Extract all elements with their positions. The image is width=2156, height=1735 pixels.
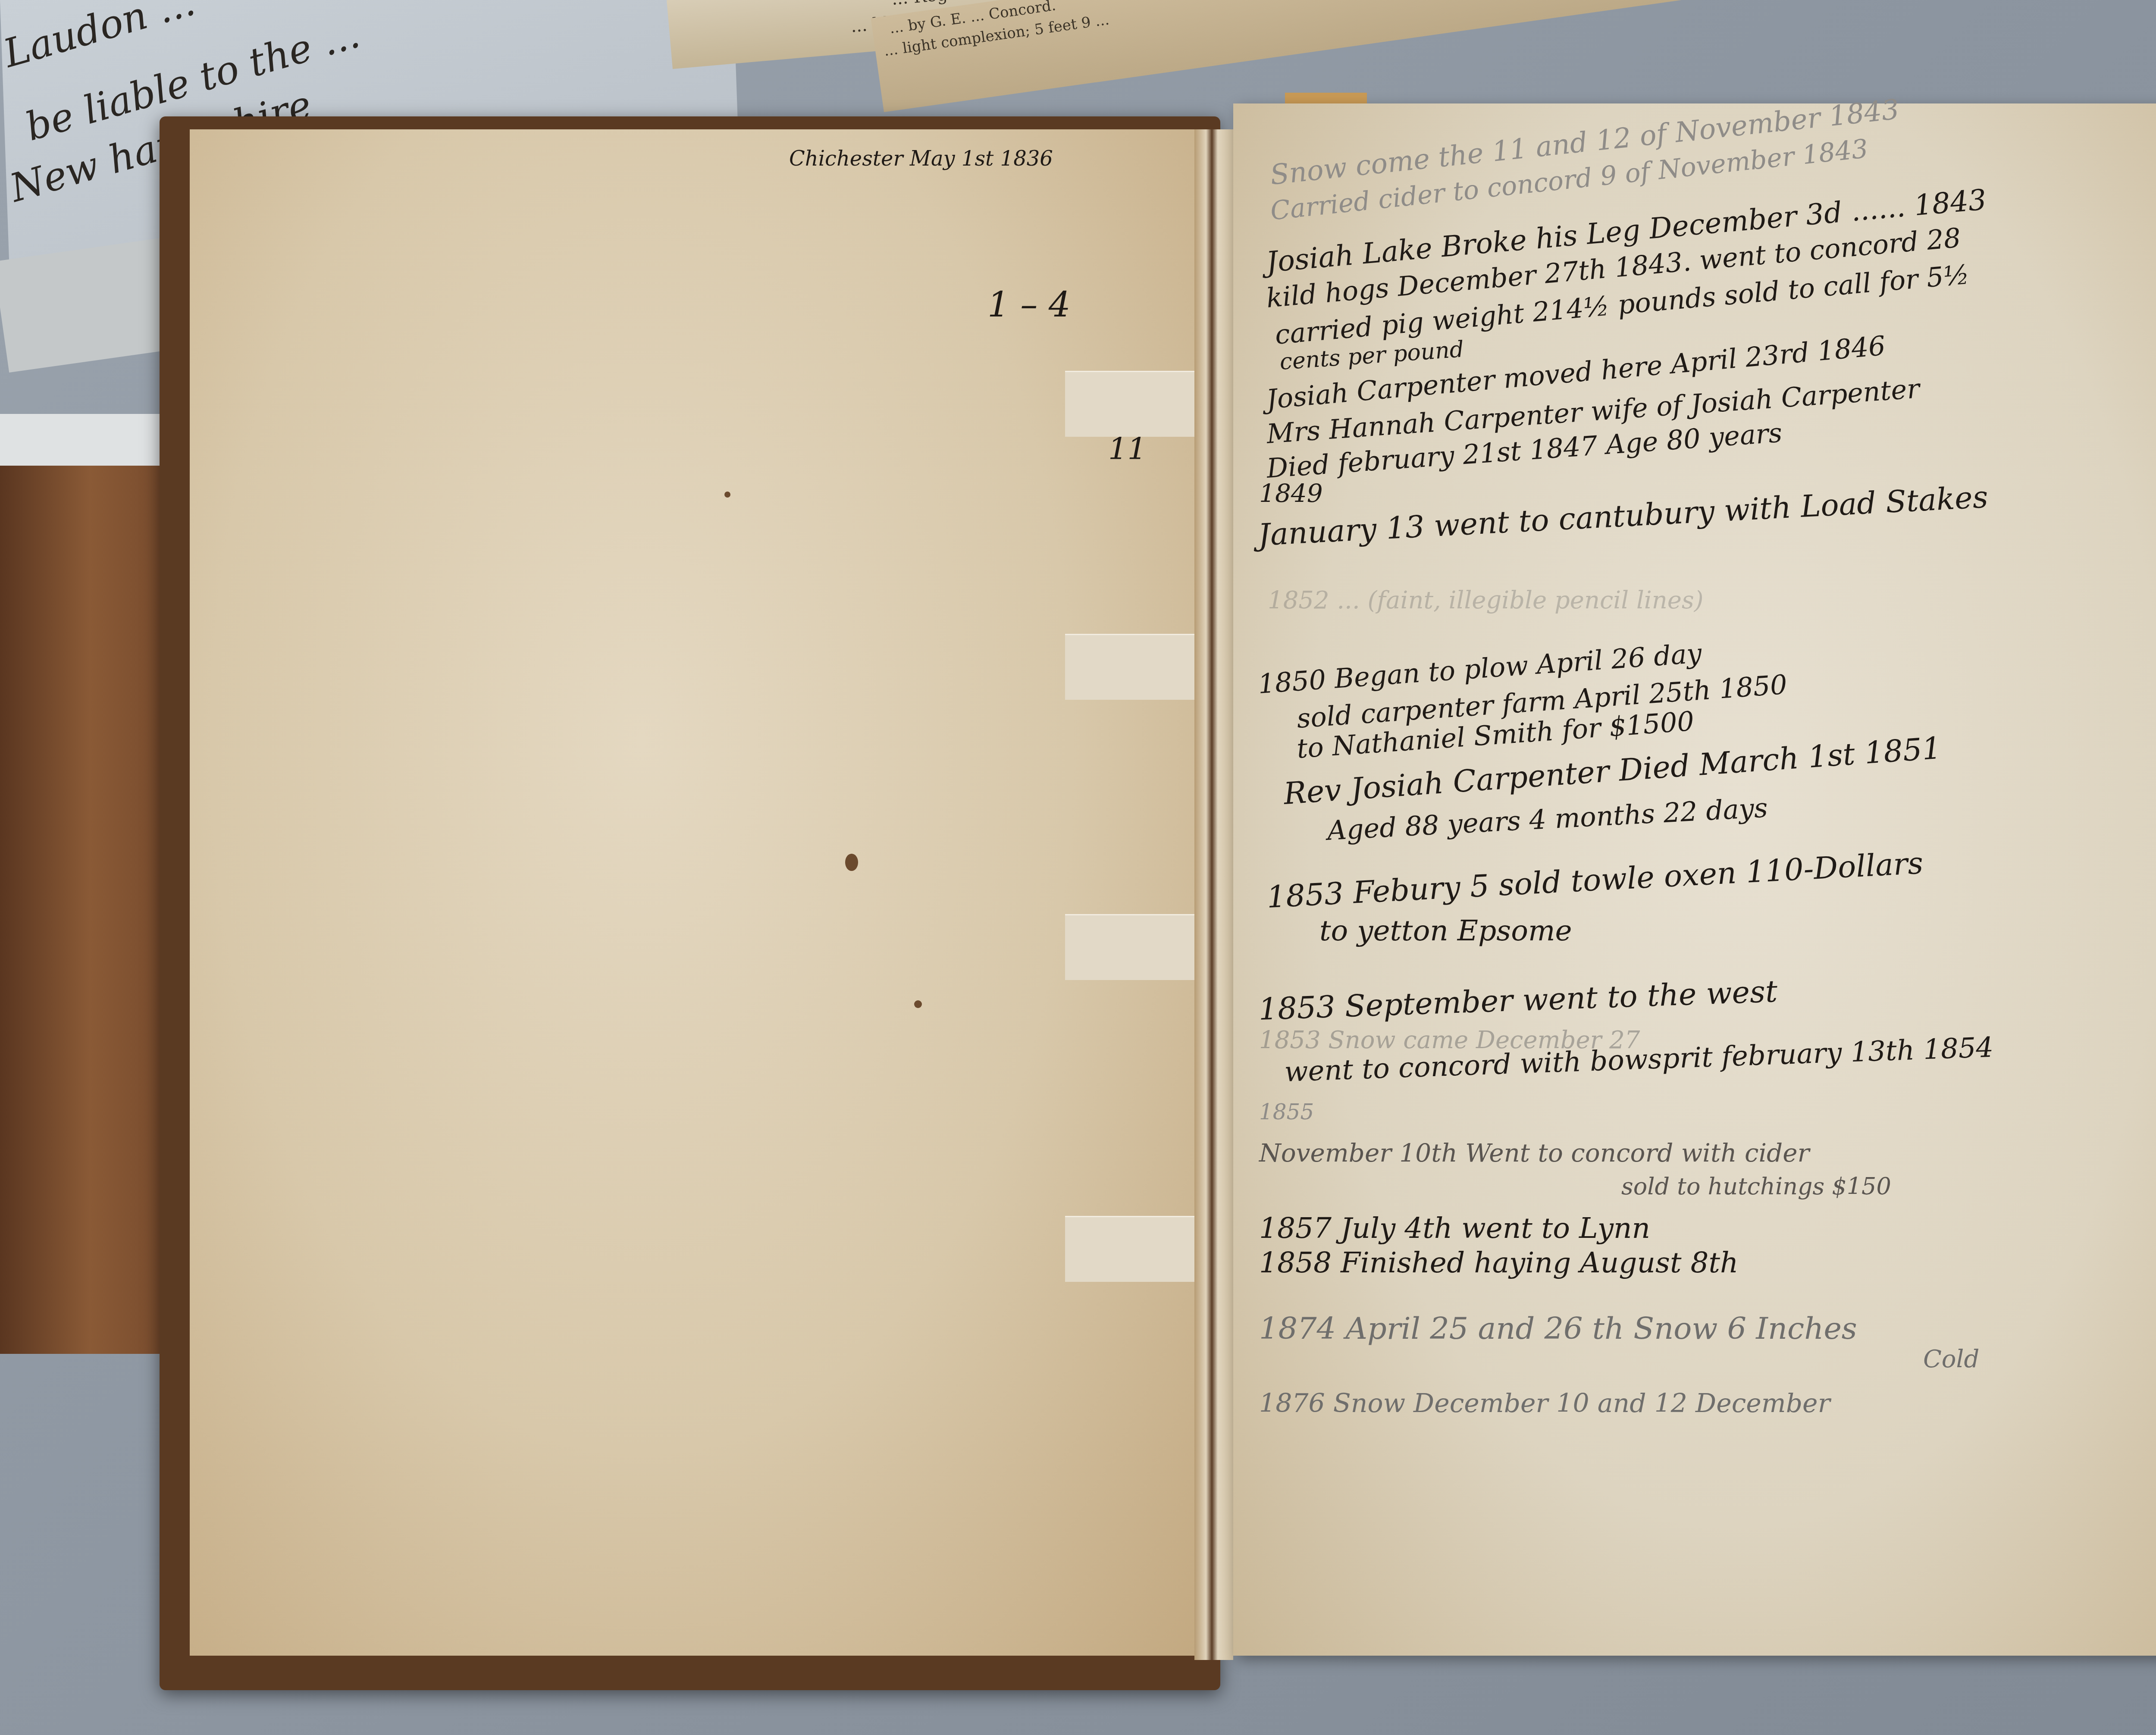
- ledger-entry: sold to hutchings $150: [1621, 1173, 1891, 1200]
- left-page: Chichester May 1st 1836 1 – 4 11: [190, 129, 1194, 1656]
- ledger-entry: 1853 September went to the west: [1258, 974, 1778, 1027]
- ledger-entry: 1853 Febury 5 sold towle oxen 110-Dollar…: [1266, 845, 1924, 915]
- binding-tab: [1065, 371, 1207, 437]
- stain-spot: [914, 1000, 922, 1008]
- ledger-entry: 1857 July 4th went to Lynn: [1259, 1212, 1650, 1245]
- right-page: Snow come the 11 and 12 of November 1843…: [1233, 103, 2156, 1656]
- ledger-entry: 1874 April 25 and 26 th Snow 6 Inches: [1259, 1311, 1857, 1346]
- ledger-entry: 1849: [1259, 479, 1323, 508]
- stain-spot: [845, 854, 858, 871]
- ledger-entry: 1855: [1259, 1099, 1314, 1124]
- page-mark: 1 – 4: [987, 285, 1071, 325]
- book-spine-gutter: [1194, 129, 1233, 1660]
- stain-spot: [724, 492, 730, 498]
- ledger-entry: January 13 went to cantubury with Load S…: [1257, 479, 1989, 553]
- binding-tab: [1065, 1216, 1207, 1282]
- illegible-pencil-block: 1852 ... (faint, illegible pencil lines): [1268, 586, 1704, 614]
- left-page-header: Chichester May 1st 1836: [789, 147, 1053, 171]
- binding-tab: [1065, 634, 1207, 700]
- ledger-entry: 1876 Snow December 10 and 12 December: [1259, 1388, 1830, 1419]
- ledger-entry: Cold: [1923, 1345, 1979, 1373]
- ledger-entry: 1858 Finished haying August 8th: [1259, 1246, 1738, 1279]
- ledger-entry: November 10th Went to concord with cider: [1259, 1138, 1809, 1168]
- ledger-entry: to yetton Epsome: [1319, 914, 1572, 947]
- binding-tab: [1065, 914, 1207, 980]
